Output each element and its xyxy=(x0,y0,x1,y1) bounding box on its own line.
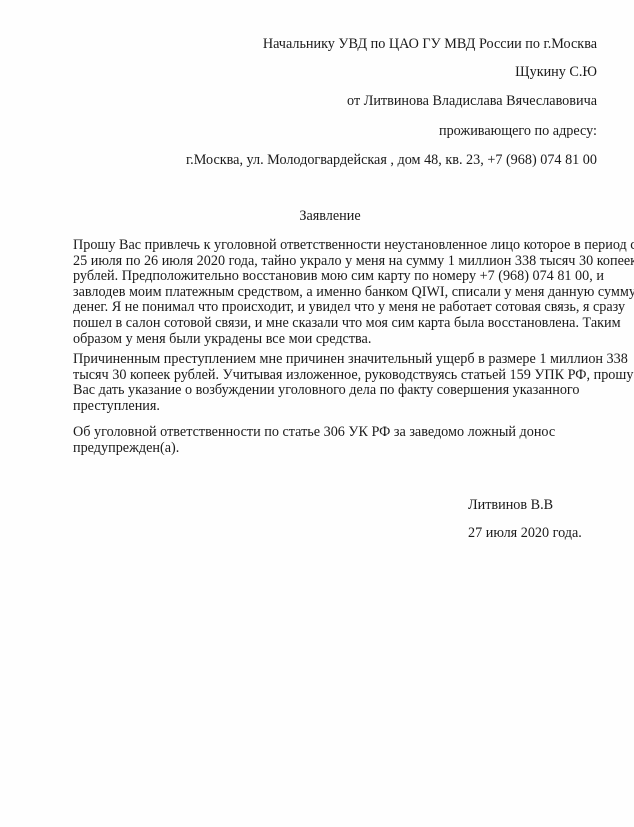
addressee-line: Начальнику УВД по ЦАО ГУ МВД России по г… xyxy=(263,36,597,52)
sender-address: г.Москва, ул. Молодогвардейская , дом 48… xyxy=(186,152,597,168)
sender-line: от Литвинова Владислава Вячеславовича xyxy=(347,93,597,109)
text-line: Вас дать указание о возбуждении уголовно… xyxy=(73,383,618,399)
text-line: преступления. xyxy=(73,399,618,415)
text-line: денег. Я не понимал что происходит, и ув… xyxy=(73,300,618,316)
text-line: 25 июля по 26 июля 2020 года, тайно укра… xyxy=(73,254,618,270)
residing-label: проживающего по адресу: xyxy=(439,123,597,139)
text-line: Прошу Вас привлечь к уголовной ответстве… xyxy=(73,238,618,254)
paragraph-warning: Об уголовной ответственности по статье 3… xyxy=(73,425,618,456)
paragraph-request: Прошу Вас привлечь к уголовной ответстве… xyxy=(73,238,618,347)
text-line: Причиненным преступлением мне причинен з… xyxy=(73,352,618,368)
signature-name: Литвинов В.В xyxy=(468,497,553,513)
addressee-name: Щукину С.Ю xyxy=(515,64,597,80)
text-line: завлодев моим платежным средством, а име… xyxy=(73,285,618,301)
text-line: пошел в салон сотовой связи, и мне сказа… xyxy=(73,316,618,332)
text-line: тысяч 30 копеек рублей. Учитывая изложен… xyxy=(73,368,618,384)
text-line: рублей. Предположительно восстановив мою… xyxy=(73,269,618,285)
text-line: образом у меня были украдены все мои сре… xyxy=(73,332,618,348)
document-page: Начальнику УВД по ЦАО ГУ МВД России по г… xyxy=(0,0,634,827)
document-title: Заявление xyxy=(0,208,634,224)
signature-date: 27 июля 2020 года. xyxy=(468,525,582,541)
text-line: Об уголовной ответственности по статье 3… xyxy=(73,425,618,441)
paragraph-damage: Причиненным преступлением мне причинен з… xyxy=(73,352,618,414)
text-line: предупрежден(а). xyxy=(73,441,618,457)
